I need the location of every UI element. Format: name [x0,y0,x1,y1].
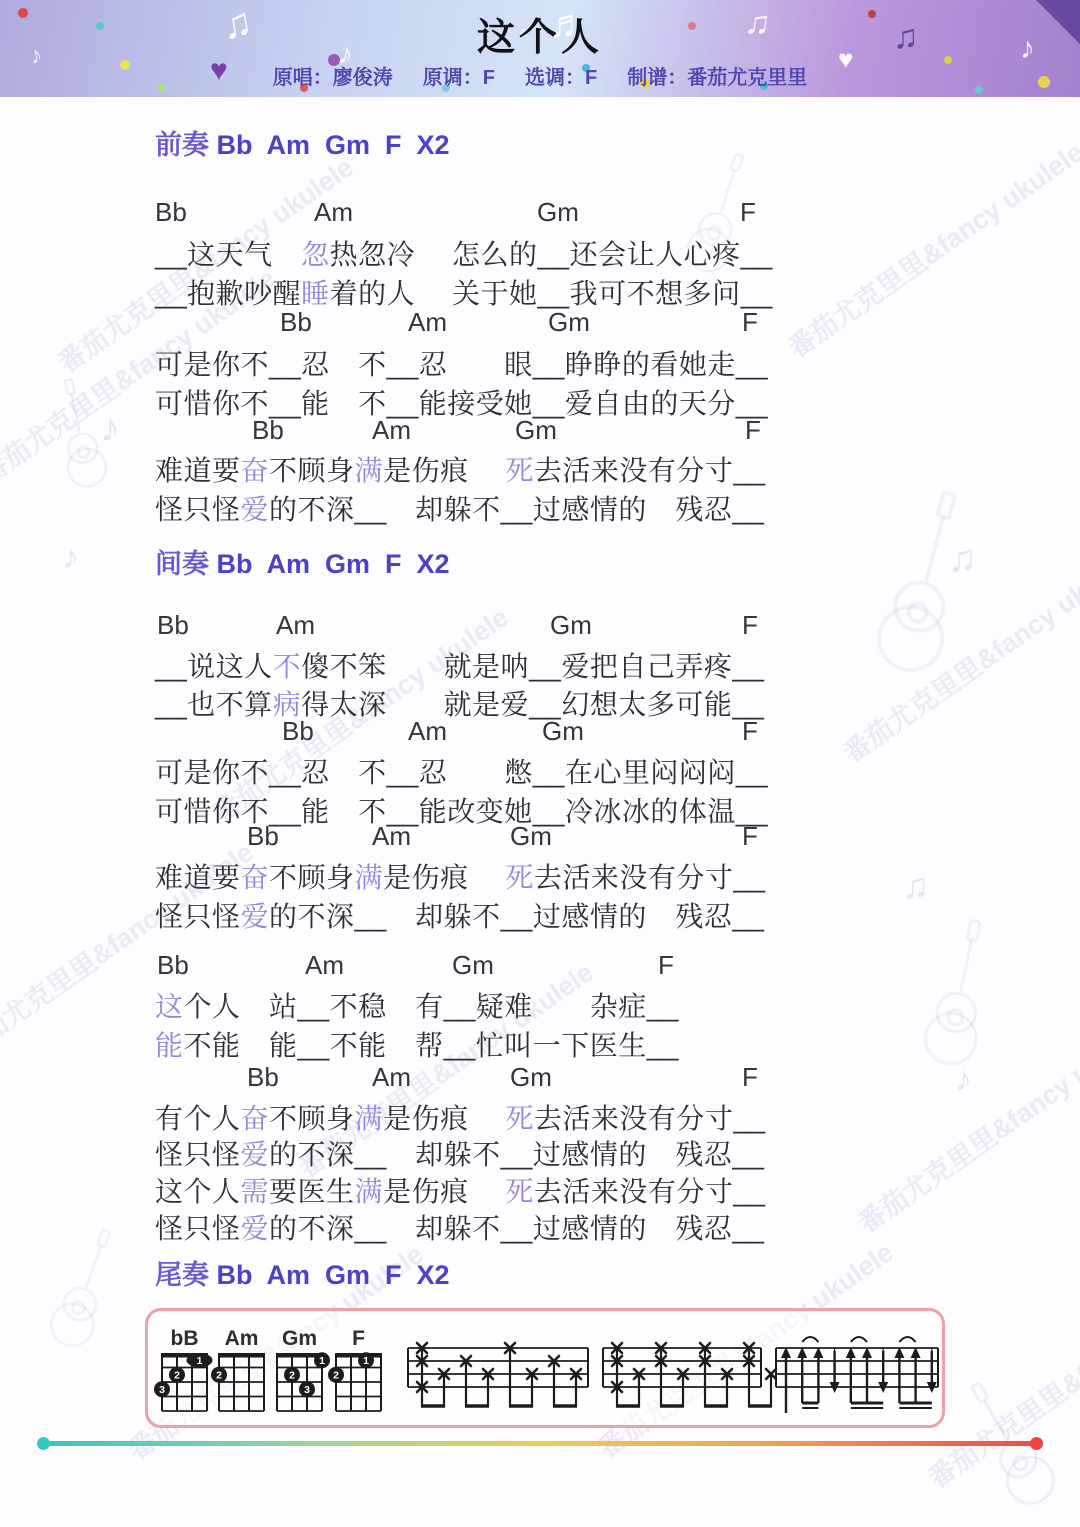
section-heading: 间奏 Bb Am Gm F X2 [155,542,450,581]
chord-label: F [742,610,758,641]
chord-label: Gm [537,197,579,228]
finger-number: 1 [363,1355,369,1367]
lyric-text: 的不深__ 却躲不__过感情的 残忍__ [269,901,764,932]
chord-diagram-label: F [352,1327,365,1350]
chord-label: Bb [155,197,187,228]
notation-shape [972,1383,988,1403]
lyric-text: 傻不笨 就是呐__爱把自己弄疼__ [301,651,764,682]
lyric-text: 怪只怪 [155,1139,241,1170]
footer-divider-line [44,1441,1036,1446]
lyric-text: 是伤痕 [383,1176,505,1207]
chord-label: F [658,950,674,981]
chord-label: Am [372,821,411,852]
tie-arc [802,1337,818,1342]
chord-label: F [745,415,761,446]
lyric-text: 不顾身 [269,862,355,893]
lyric-line: 难道要奋不顾身满是伤痕 死去活来没有分寸__ [155,449,766,489]
lyric-line: __抱歉吵醒睡着的人 关于她__我可不想多问__ [155,272,773,312]
highlight-char: 死 [505,1103,534,1134]
finger-number: 2 [216,1369,222,1381]
lyric-text: 是伤痕 [383,1103,505,1134]
ukulele-outline-icon [909,911,1012,1079]
lyric-text: 难道要 [155,455,241,486]
chord-line: BbAmGmF [0,610,1080,642]
lyric-text: 的不深__ 却躲不__过感情的 残忍__ [269,1213,764,1244]
highlight-char: 忽 [301,239,330,270]
chord-label: Am [276,610,315,641]
notation-shape [731,154,744,172]
credit-item: 制谱：番茄尤克里里 [627,67,807,89]
highlight-char: 满 [355,455,384,486]
notation-shape [59,1284,100,1325]
lyric-line: 有个人奋不顾身满是伤痕 死去活来没有分寸__ [155,1097,766,1137]
section-heading-chords: Bb Am Gm F X2 [209,549,450,579]
chord-label: Bb [247,821,279,852]
nut-bar [335,1353,382,1358]
chord-label: Bb [247,1062,279,1093]
section-heading-chords: Bb Am Gm F X2 [209,130,450,160]
divider-left-dot [37,1437,50,1450]
lyric-text: 不能 能__不能 帮__忙叫一下医生__ [184,1030,679,1061]
lyric-text: 要医生 [269,1176,355,1207]
lyric-line: 能不能 能__不能 帮__忙叫一下医生__ [155,1024,679,1064]
chord-label: F [742,1062,758,1093]
tie-arc [899,1337,915,1342]
lyric-text: __这天气 [155,239,301,270]
notation-shape [45,1298,99,1352]
chord-diagram-label: bB [171,1327,199,1350]
header-banner: ♫♪♬♫♫♪♥♥♪ 这个人 原唱：廖俊涛原调：F选调：F制谱：番茄尤克里里 [0,0,1080,97]
highlight-char: 奋 [241,1103,270,1134]
lyric-line: 可是你不__忍 不__忍 憋__在心里闷闷闷__ [155,751,768,791]
finger-number: 1 [197,1355,203,1367]
lyric-line: __说这人不傻不笨 就是呐__爱把自己弄疼__ [155,645,764,685]
chord-line: BbAmGmF [0,415,1080,447]
highlight-char: 满 [355,1103,384,1134]
music-note-icon: ♪ [62,540,79,574]
music-note-icon: ♫ [902,868,929,904]
lyric-text: 不顾身 [269,455,355,486]
highlight-char: 爱 [241,1139,270,1170]
lyric-text: 的不深__ 却躲不__过感情的 残忍__ [269,1139,764,1170]
notation-shape [984,1400,1008,1442]
credit-item: 原调：F [423,67,495,89]
highlight-char: 奋 [241,455,270,486]
highlight-char: 满 [355,1176,384,1207]
notation-shape [933,990,979,1036]
chord-label: Gm [515,415,557,446]
finger-number: 3 [159,1384,165,1396]
lyric-text: 这个人 [155,1176,241,1207]
nut-bar [218,1353,265,1358]
highlight-char: 爱 [241,1213,270,1244]
lyric-text: 去活来没有分寸__ [534,455,766,486]
notation-shape [65,379,75,395]
chord-label: F [740,197,756,228]
lyric-text: 怪只怪 [155,901,241,932]
chord-label: Gm [510,1062,552,1093]
lyric-text: 难道要 [155,862,241,893]
tie-arc [851,1337,867,1342]
lyric-line: 怪只怪爱的不深__ 却躲不__过感情的 残忍__ [155,1133,764,1173]
notation-shape [86,1246,101,1287]
lyric-text: 不顾身 [269,1103,355,1134]
song-title: 这个人 [0,6,1080,61]
notation-shape [921,1009,981,1069]
highlight-char: 这 [155,991,184,1022]
chord-line: BbAmGmF [0,1062,1080,1094]
chord-label: Bb [280,307,312,338]
finger-number: 2 [174,1369,180,1381]
lyric-text: 怪只怪 [155,494,241,525]
chord-label: Gm [452,950,494,981]
chord-line: BbAmGmF [0,307,1080,339]
notation-shape [937,492,955,518]
lyric-text: __抱歉吵醒 [155,278,301,309]
watermark-text: 番茄尤克里里&fancy ukulele [849,1006,1080,1240]
chord-label: F [742,821,758,852]
chord-line: BbAmGmF [0,821,1080,853]
ukulele-outline-icon [35,1219,136,1362]
lyric-text: 热忽冷 怎么的__还会让人心疼__ [330,239,773,270]
lyric-text: __说这人 [155,651,273,682]
section-heading: 尾奏 Bb Am Gm F X2 [155,1253,450,1292]
credit-item: 选调：F [525,67,597,89]
notation-shape [926,517,943,581]
lyric-line: 怪只怪爱的不深__ 却躲不__过感情的 残忍__ [155,488,764,528]
highlight-char: 需 [241,1176,270,1207]
section-heading-label: 间奏 [155,549,209,579]
finger-number: 3 [304,1384,310,1396]
highlight-char: 死 [505,455,534,486]
lyric-text: 怪只怪 [155,1213,241,1244]
chord-label: Am [372,415,411,446]
highlight-char: 奋 [241,862,270,893]
lyric-line: 怪只怪爱的不深__ 却躲不__过感情的 残忍__ [155,895,764,935]
lyric-line: __这天气 忽热忽冷 怎么的__还会让人心疼__ [155,233,773,273]
credits-line: 原唱：廖俊涛原调：F选调：F制谱：番茄尤克里里 [0,61,1080,90]
lyric-text: 的不深__ 却躲不__过感情的 残忍__ [269,494,764,525]
lyric-text: 是伤痕 [383,455,505,486]
chord-label: Gm [548,307,590,338]
section-heading-label: 前奏 [155,130,209,160]
highlight-char: 不 [273,651,302,682]
highlight-char: 满 [355,862,384,893]
chord-label: Am [408,716,447,747]
chord-label: Gm [550,610,592,641]
finger-number: 2 [289,1369,295,1381]
chord-label: F [742,716,758,747]
music-note-icon: ♫ [948,540,977,578]
notation-shape [1011,1454,1029,1472]
notation-shape [65,445,110,490]
lyric-line: 可是你不__忍 不__忍 眼__睁睁的看她走__ [155,343,768,383]
lyric-text: 去活来没有分寸__ [534,1176,766,1207]
chord-label: Am [305,950,344,981]
divider-right-dot [1030,1437,1043,1450]
notation-shape [71,1300,86,1315]
chord-diagram-label: Gm [282,1327,317,1350]
lyric-text: 可是你不__忍 不__忍 憋__在心里闷闷闷__ [155,757,768,788]
chord-label: Gm [542,716,584,747]
chord-diagrams-and-rhythm: bB123Am2Gm123F12 [148,1311,942,1425]
notation-shape [97,1229,110,1247]
lyric-text: 是伤痕 [383,862,505,893]
chord-label: Gm [510,821,552,852]
chord-label: Am [314,197,353,228]
lyric-line: 难道要奋不顾身满是伤痕 死去活来没有分寸__ [155,856,766,896]
chord-line: BbAmGmF [0,716,1080,748]
chord-diagram-label: Am [225,1327,259,1350]
lyric-line: 怪只怪爱的不深__ 却躲不__过感情的 残忍__ [155,1207,764,1247]
lyric-line: 这个人 站__不稳 有__疑难 杂症__ [155,985,679,1025]
highlight-char: 爱 [241,901,270,932]
finger-number: 2 [333,1369,339,1381]
credit-item: 原唱：廖俊涛 [273,67,393,89]
chord-label: Bb [157,610,189,641]
section-heading: 前奏 Bb Am Gm F X2 [155,123,450,162]
chord-label: Am [372,1062,411,1093]
lyric-text: 有个人 [155,1103,241,1134]
notation-shape [921,916,1000,1069]
song-sheet-page: ♪ 番茄尤克里里&fancy ukulele番茄尤克里里&fancy ukule… [0,0,1080,1527]
notation-shape [45,1224,126,1352]
notation-shape [999,1449,1062,1512]
chord-label: Bb [157,950,189,981]
lyric-text: 着的人 关于她__我可不想多问__ [330,278,773,309]
lyric-text: 去活来没有分寸__ [534,862,766,893]
chord-line: BbAmGmF [0,197,1080,229]
finger-number: 1 [319,1355,325,1367]
notation-shape [967,920,980,941]
ukulele-outline-icon [856,479,993,691]
lyric-text: 个人 站__不稳 有__疑难 杂症__ [184,991,679,1022]
section-heading-label: 尾奏 [155,1260,209,1290]
lyric-text: 可是你不__忍 不__忍 眼__睁睁的看她走__ [155,349,768,380]
highlight-char: 能 [155,1030,184,1061]
highlight-char: 睡 [301,278,330,309]
chord-line: BbAmGmF [0,950,1080,982]
notation-shape [947,1009,964,1026]
highlight-char: 爱 [241,494,270,525]
chord-label: Bb [282,716,314,747]
highlight-char: 死 [505,1176,534,1207]
highlight-char: 死 [505,862,534,893]
chord-diagram-box: bB123Am2Gm123F12 [145,1308,945,1428]
chord-label: Am [408,307,447,338]
lyric-text: 去活来没有分寸__ [534,1103,766,1134]
chord-label: Bb [252,415,284,446]
chord-label: F [742,307,758,338]
notation-shape [77,445,90,458]
lyric-line: 这个人需要医生满是伤痕 死去活来没有分寸__ [155,1170,766,1210]
section-heading-chords: Bb Am Gm F X2 [209,1260,450,1290]
notation-shape [872,486,980,678]
